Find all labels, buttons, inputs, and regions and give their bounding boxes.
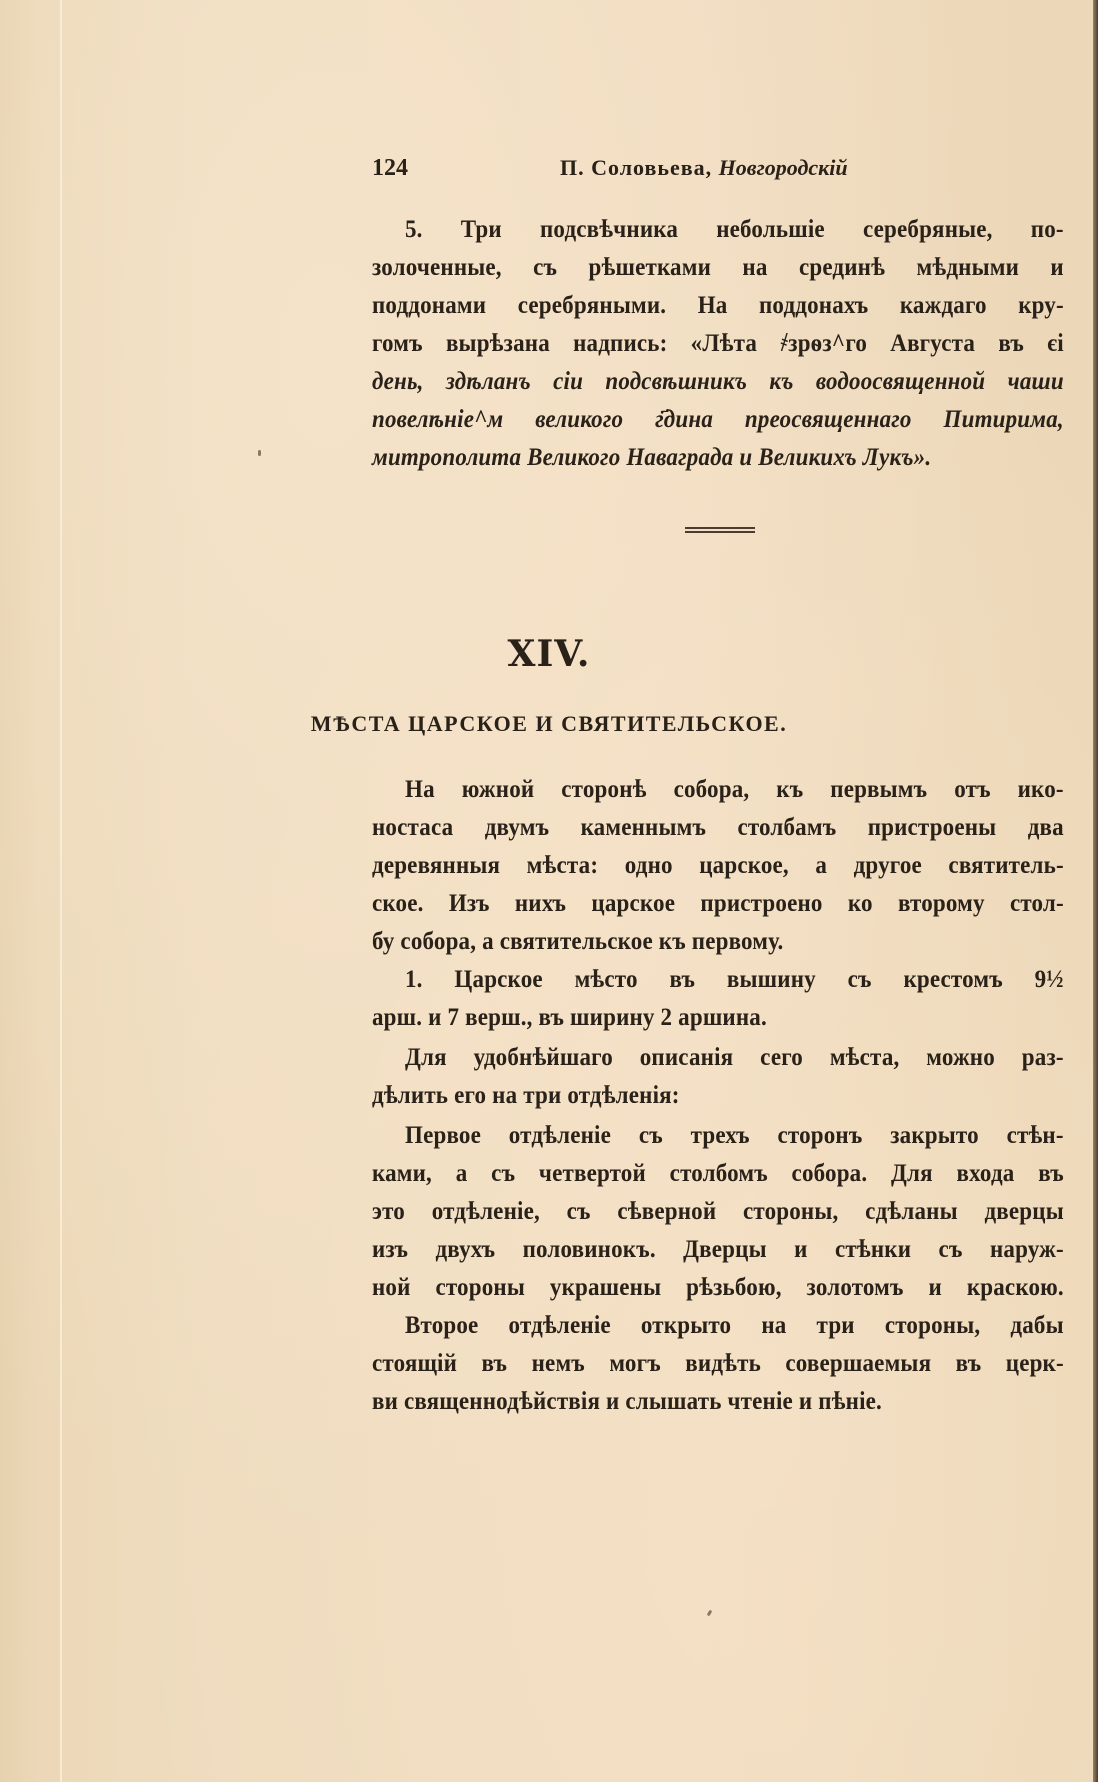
text-line: ками, а съ четвертой столбомъ собора. Дл… bbox=[372, 1156, 1064, 1192]
running-head-author: П. Соловьева, bbox=[560, 155, 719, 180]
text-line: 5. Три подсвѣчника небольшіе серебряные,… bbox=[405, 212, 1064, 248]
text-line: это отдѣленіе, съ сѣверной стороны, сдѣл… bbox=[372, 1194, 1064, 1230]
text-line: ви священнодѣйствія и слышать чтеніе и п… bbox=[372, 1384, 1064, 1420]
running-head: 124 П. Соловьева, Новгородскій bbox=[372, 150, 1064, 186]
text-line: Первое отдѣленіе съ трехъ сторонъ закрыт… bbox=[405, 1118, 1064, 1154]
running-head-title: П. Соловьева, Новгородскій bbox=[560, 150, 848, 186]
chapter-number: XIV. bbox=[0, 632, 1098, 676]
chapter-title: МѢСТА ЦАРСКОЕ И СВЯТИТЕЛЬСКОЕ. bbox=[0, 708, 1098, 740]
ink-speck bbox=[707, 1610, 713, 1617]
text-line: Второе отдѣленіе открыто на три стороны,… bbox=[405, 1308, 1064, 1344]
text-line: гомъ вырѣзана надпись: «Лѣта ҂зрѳз^го Ав… bbox=[372, 326, 1064, 362]
text-line: арш. и 7 верш., въ ширину 2 аршина. bbox=[372, 1000, 1064, 1036]
inscription-line: день, здѣланъ сіи подсвѣшникъ къ водоосв… bbox=[372, 364, 1064, 400]
page-number: 124 bbox=[372, 150, 408, 186]
text-line: стоящій въ немъ могъ видѣть совершаемыя … bbox=[372, 1346, 1064, 1382]
section-divider bbox=[685, 527, 755, 533]
text-line: бу собора, а святительское къ первому. bbox=[372, 924, 1064, 960]
text-line: 1. Царское мѣсто въ вышину съ крестомъ 9… bbox=[405, 962, 1064, 998]
text-line: ной стороны украшены рѣзьбою, золотомъ и… bbox=[372, 1270, 1064, 1306]
text-line: деревянныя мѣста: одно царское, а другое… bbox=[372, 848, 1064, 884]
inscription-line: повелѣніе^м великого г҃дина преосвященна… bbox=[372, 402, 1064, 438]
text-line: ское. Изъ нихъ царское пристроено ко вто… bbox=[372, 886, 1064, 922]
inscription-line: митрополита Великого Наваграда и Великих… bbox=[372, 440, 1064, 476]
running-head-work: Новгородскій bbox=[719, 155, 848, 180]
text-line: ностаса двумъ каменнымъ столбамъ пристро… bbox=[372, 810, 1064, 846]
book-page: 124 П. Соловьева, Новгородскій 5. Три по… bbox=[0, 0, 1098, 1782]
page-fold-line bbox=[60, 0, 62, 1782]
text-line: Для удобнѣйшаго описанія сего мѣста, мож… bbox=[405, 1040, 1064, 1076]
text-line: поддонами серебряными. На поддонахъ кажд… bbox=[372, 288, 1064, 324]
page-edge-shadow bbox=[1093, 0, 1098, 1782]
text-line: дѣлить его на три отдѣленія: bbox=[372, 1078, 1064, 1114]
text-line: изъ двухъ половинокъ. Дверцы и стѣнки съ… bbox=[372, 1232, 1064, 1268]
text-line: На южной сторонѣ собора, къ первымъ отъ … bbox=[405, 772, 1064, 808]
ink-speck bbox=[258, 450, 261, 456]
text-line: золоченные, съ рѣшетками на срединѣ мѣдн… bbox=[372, 250, 1064, 286]
